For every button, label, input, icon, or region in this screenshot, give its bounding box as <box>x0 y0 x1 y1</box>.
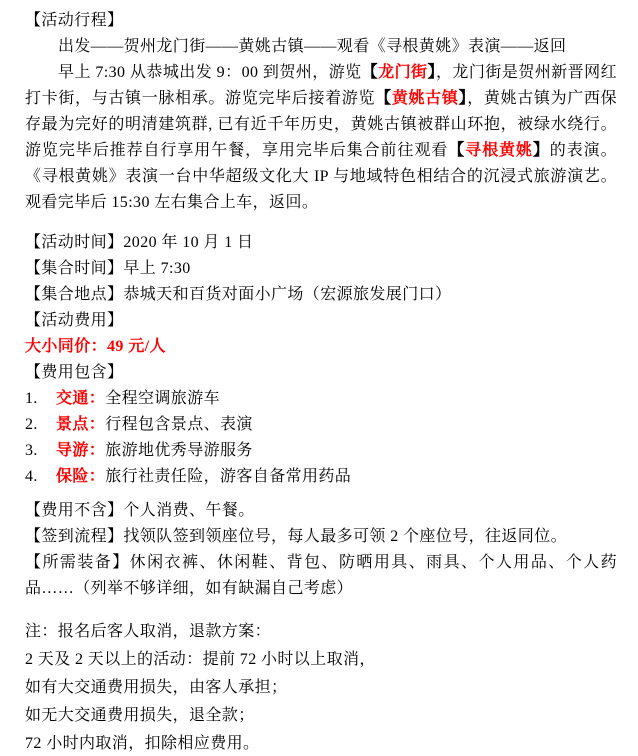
list-term: 景点： <box>56 412 105 438</box>
required-gear-line: 【所需装备】休闲衣裤、休闲鞋、背包、防晒用具、雨具、个人用品、个人药品……（列举… <box>25 550 617 602</box>
refund-note-line: 2 天及 2 天以上的活动：提前 72 小时以上取消， <box>25 646 617 674</box>
text-segment: 寻根黄姚 <box>465 142 533 159</box>
included-item-attractions: 2. 景点： 行程包含景点、表演 <box>25 412 617 438</box>
refund-note-line: 注：报名后客人取消，退款方案： <box>25 618 617 646</box>
meet-time-line: 【集合时间】早上 7:30 <box>25 256 617 282</box>
included-item-transport: 1. 交通： 全程空调旅游车 <box>25 386 617 412</box>
check-in-process-line: 【签到流程】找领队签到领座位号，每人最多可领 2 个座位号，往返同位。 <box>25 524 617 550</box>
meet-place-line: 【集合地点】恭城天和百货对面小广场（宏源旅发展门口） <box>25 282 617 308</box>
text-segment: 早上 7:30 从恭城出发 9：00 到贺州，游览 <box>58 64 362 81</box>
fee-excluded-line: 【费用不含】个人消费、午餐。 <box>25 498 617 524</box>
heading-fee-included: 【费用包含】 <box>25 360 617 386</box>
list-term: 导游： <box>56 438 105 464</box>
text-segment: 【 <box>375 90 392 107</box>
section-spacer <box>25 490 617 498</box>
section-spacer <box>25 602 617 618</box>
included-item-guide: 3. 导游： 旅游地优秀导游服务 <box>25 438 617 464</box>
text-segment: 龙门街 <box>378 64 427 81</box>
section-spacer <box>25 216 617 230</box>
text-segment: 【 <box>448 142 465 159</box>
list-term: 交通： <box>56 386 105 412</box>
list-description: 行程包含景点、表演 <box>105 412 253 438</box>
list-number: 2. <box>25 412 56 438</box>
list-term: 保险： <box>56 464 105 490</box>
itinerary-route-line: 出发——贺州龙门街——黄姚古镇——观看《寻根黄姚》表演——返回 <box>25 34 617 60</box>
itinerary-paragraph: 早上 7:30 从恭城出发 9：00 到贺州，游览【龙门街】，龙门街是贺州新晋网… <box>25 60 617 216</box>
list-description: 旅游地优秀导游服务 <box>105 438 253 464</box>
price-line: 大小同价：49 元/人 <box>25 334 617 360</box>
refund-note-line: 如无大交通费用损失，退全款； <box>25 702 617 730</box>
list-number: 3. <box>25 438 56 464</box>
list-description: 全程空调旅游车 <box>105 386 220 412</box>
text-segment: 】 <box>459 90 468 107</box>
text-segment: 】 <box>428 64 436 81</box>
heading-activity-itinerary: 【活动行程】 <box>25 8 617 34</box>
text-segment: 【 <box>362 64 378 81</box>
heading-activity-fee: 【活动费用】 <box>25 308 617 334</box>
list-number: 1. <box>25 386 56 412</box>
refund-note-line: 72 小时内取消，扣除相应费用。 <box>25 730 617 756</box>
list-description: 旅行社责任险，游客自备常用药品 <box>105 464 351 490</box>
text-segment: 】 <box>533 142 550 159</box>
refund-note-line: 如有大交通费用损失，由客人承担； <box>25 674 617 702</box>
list-number: 4. <box>25 464 56 490</box>
text-segment: 黄姚古镇 <box>392 90 459 107</box>
activity-date-line: 【活动时间】2020 年 10 月 1 日 <box>25 230 617 256</box>
included-item-insurance: 4. 保险： 旅行社责任险，游客自备常用药品 <box>25 464 617 490</box>
document-page: 【活动行程】 出发——贺州龙门街——黄姚古镇——观看《寻根黄姚》表演——返回 早… <box>0 0 638 756</box>
